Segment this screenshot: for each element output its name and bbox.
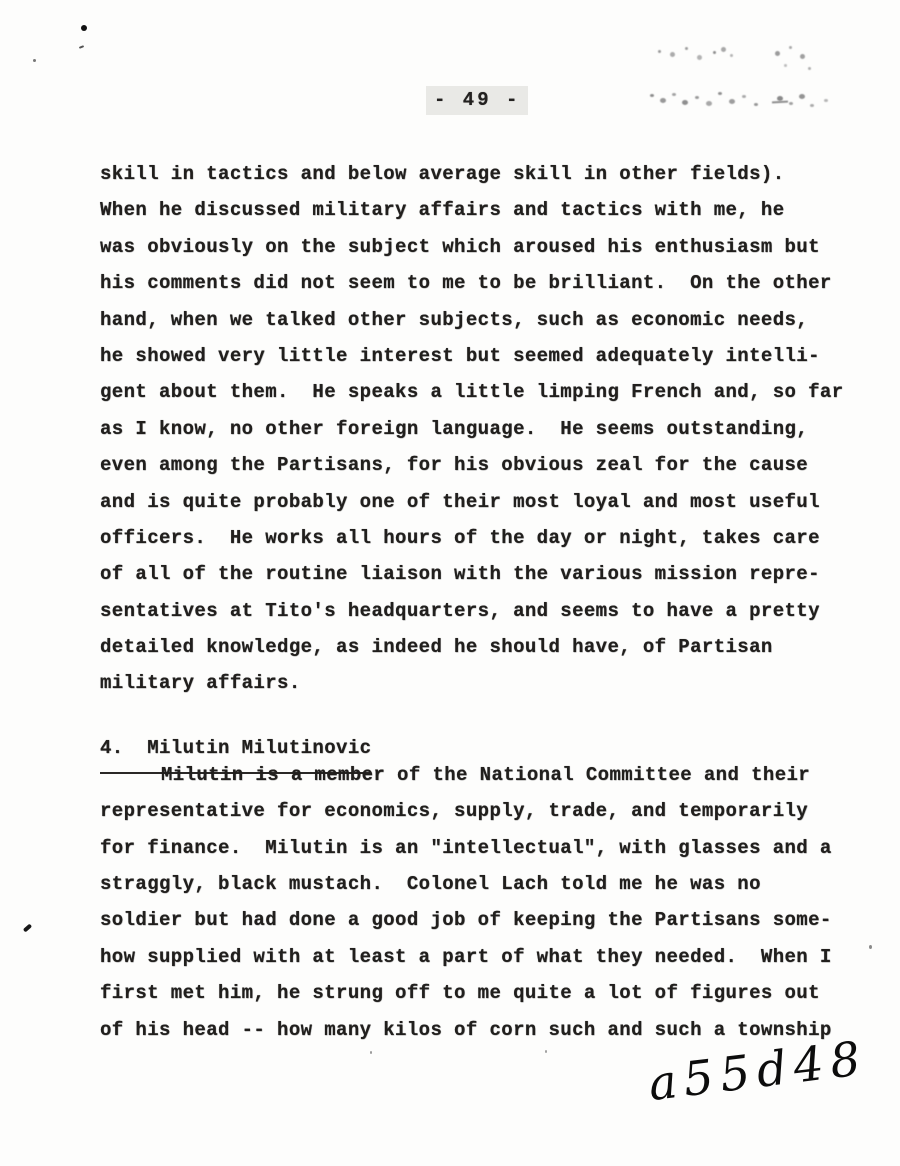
typed-line: of all of the routine liaison with the v…: [100, 563, 840, 599]
typed-line: he showed very little interest but seeme…: [100, 345, 840, 381]
faded-stamp-dash: [772, 101, 788, 104]
section-heading-row: 4. Milutin Milutinovic: [100, 719, 840, 764]
typed-line: gent about them. He speaks a little limp…: [100, 381, 840, 417]
typed-line: as I know, no other foreign language. He…: [100, 418, 840, 454]
typed-line: officers. He works all hours of the day …: [100, 527, 840, 563]
typed-line: and is quite probably one of their most …: [100, 491, 840, 527]
scan-speck: [869, 945, 872, 949]
typed-line: even among the Partisans, for his obviou…: [100, 454, 840, 490]
typed-line: how supplied with at least a part of wha…: [100, 946, 840, 982]
typed-line: military affairs.: [100, 672, 840, 708]
typed-line: first met him, he strung off to me quite…: [100, 982, 840, 1018]
typed-text-block: skill in tactics and below average skill…: [100, 163, 840, 1055]
scan-speck: [33, 59, 36, 62]
scan-speck: [545, 1050, 547, 1053]
typed-line: straggly, black mustach. Colonel Lach to…: [100, 873, 840, 909]
scan-speck: [529, 166, 531, 168]
typed-line: hand, when we talked other subjects, suc…: [100, 309, 840, 345]
scan-speck: [79, 45, 84, 49]
typed-line: detailed knowledge, as indeed he should …: [100, 636, 840, 672]
faded-stamp-marks-bottom: [650, 94, 654, 97]
typed-line: When he discussed military affairs and t…: [100, 199, 840, 235]
typed-line: representative for economics, supply, tr…: [100, 800, 840, 836]
scan-speck: [23, 924, 32, 933]
scan-speck: [81, 25, 87, 31]
scanned-document-page: - 49 - skill in tactics and below averag…: [0, 0, 900, 1166]
typed-line: for finance. Milutin is an "intellectual…: [100, 837, 840, 873]
page-number: - 49 -: [426, 86, 528, 115]
faded-stamp-marks-top: [658, 50, 661, 53]
scan-speck: [370, 1051, 372, 1054]
typed-line: skill in tactics and below average skill…: [100, 163, 840, 199]
typed-line: his comments did not seem to me to be br…: [100, 272, 840, 308]
typed-line: sentatives at Tito's headquarters, and s…: [100, 600, 840, 636]
typed-line: soldier but had done a good job of keepi…: [100, 909, 840, 945]
typed-line: Milutin is a member of the National Comm…: [100, 764, 840, 800]
typed-line: was obviously on the subject which arous…: [100, 236, 840, 272]
